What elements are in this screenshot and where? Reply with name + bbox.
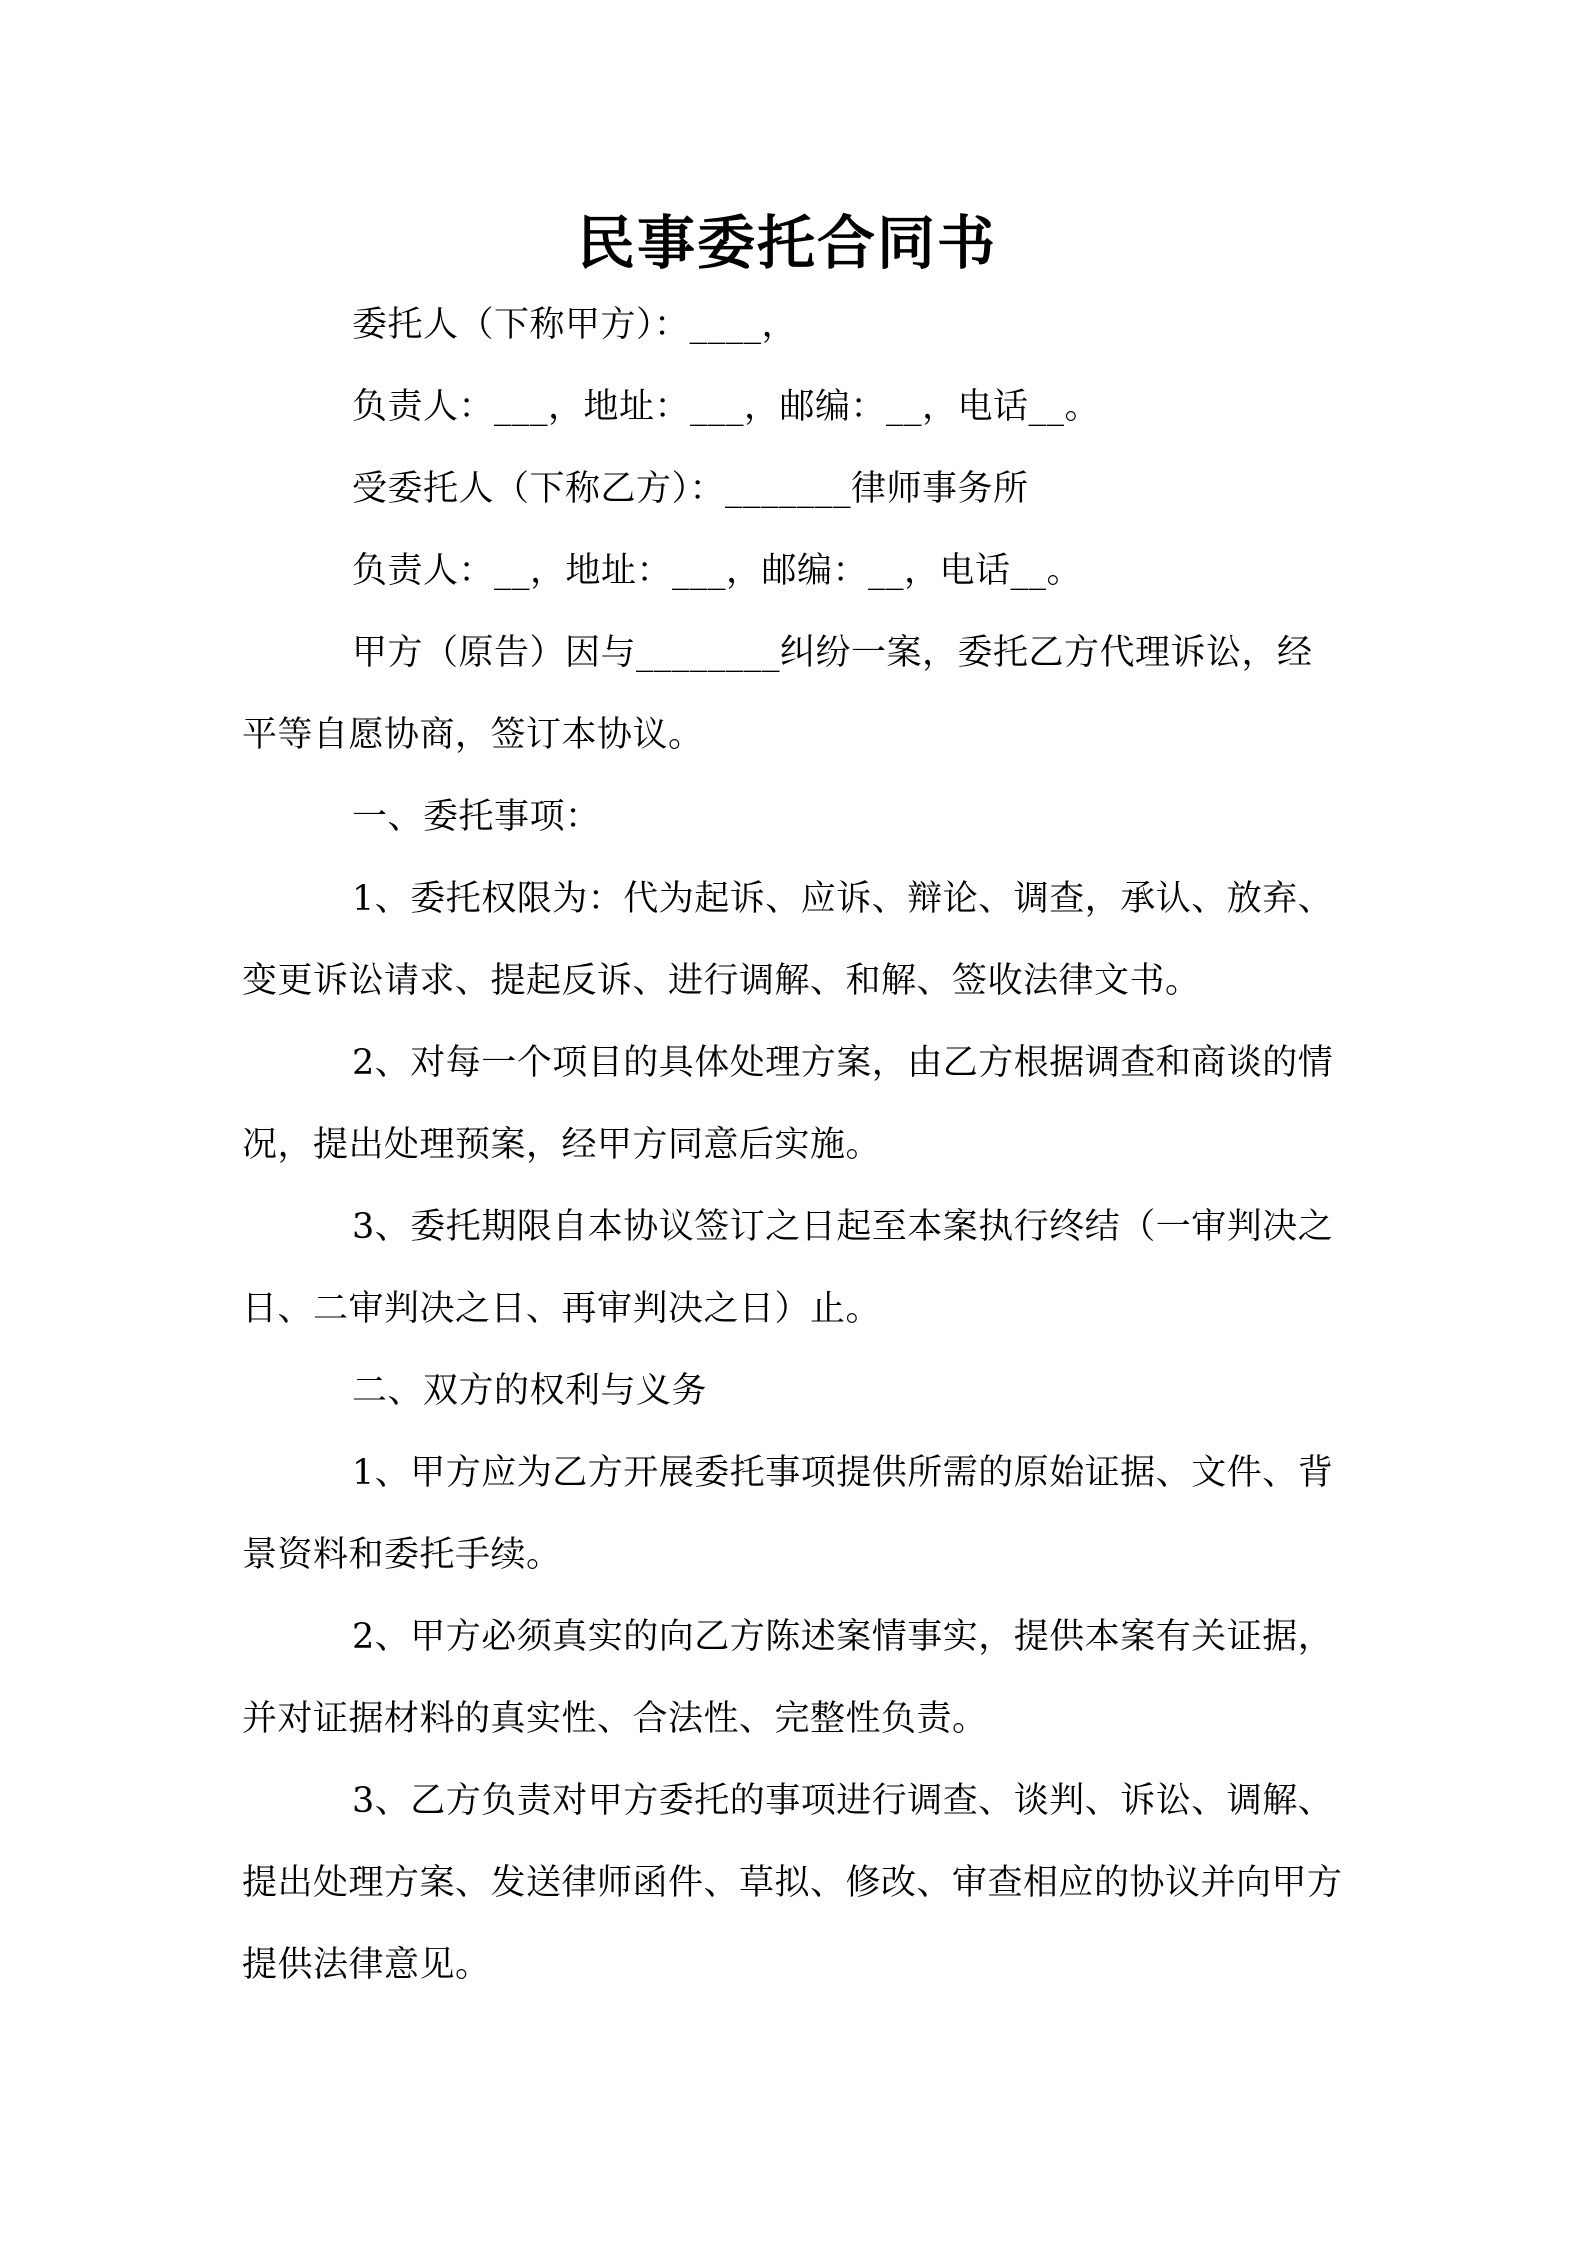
text-line: 2、甲方必须真实的向乙方陈述案情事实，提供本案有关证据， (242, 1596, 1332, 1678)
text-line: 况，提出处理预案，经甲方同意后实施。 (242, 1104, 1332, 1186)
text-line: 受委托人（下称乙方）：_______律师事务所 (242, 448, 1332, 530)
text-line: 2、对每一个项目的具体处理方案，由乙方根据调查和商谈的情 (242, 1022, 1332, 1104)
text-line: 3、乙方负责对甲方委托的事项进行调查、谈判、诉讼、调解、 (242, 1760, 1332, 1842)
text-line: 并对证据材料的真实性、合法性、完整性负责。 (242, 1678, 1332, 1760)
document-lines: 委托人（下称甲方）：____，负责人：___，地址：___，邮编：__，电话__… (242, 284, 1332, 2006)
text-line: 甲方（原告）因与________纠纷一案，委托乙方代理诉讼，经 (242, 612, 1332, 694)
document-title: 民事委托合同书 (242, 196, 1332, 280)
text-line: 委托人（下称甲方）：____， (242, 284, 1332, 366)
text-line: 负责人：___，地址：___，邮编：__，电话__。 (242, 366, 1332, 448)
text-line: 变更诉讼请求、提起反诉、进行调解、和解、签收法律文书。 (242, 940, 1332, 1022)
text-line: 提出处理方案、发送律师函件、草拟、修改、审查相应的协议并向甲方 (242, 1842, 1332, 1924)
text-line: 1、甲方应为乙方开展委托事项提供所需的原始证据、文件、背 (242, 1432, 1332, 1514)
text-line: 1、委托权限为：代为起诉、应诉、辩论、调查，承认、放弃、 (242, 858, 1332, 940)
text-line: 平等自愿协商，签订本协议。 (242, 694, 1332, 776)
text-line: 提供法律意见。 (242, 1924, 1332, 2006)
text-line: 景资料和委托手续。 (242, 1514, 1332, 1596)
text-line: 日、二审判决之日、再审判决之日）止。 (242, 1268, 1332, 1350)
document-page: 民事委托合同书 委托人（下称甲方）：____，负责人：___，地址：___，邮编… (0, 0, 1587, 2245)
text-line: 3、委托期限自本协议签订之日起至本案执行终结（一审判决之 (242, 1186, 1332, 1268)
text-line: 负责人：__，地址：___，邮编：__，电话__。 (242, 530, 1332, 612)
text-line: 一、委托事项： (242, 776, 1332, 858)
text-line: 二、双方的权利与义务 (242, 1350, 1332, 1432)
